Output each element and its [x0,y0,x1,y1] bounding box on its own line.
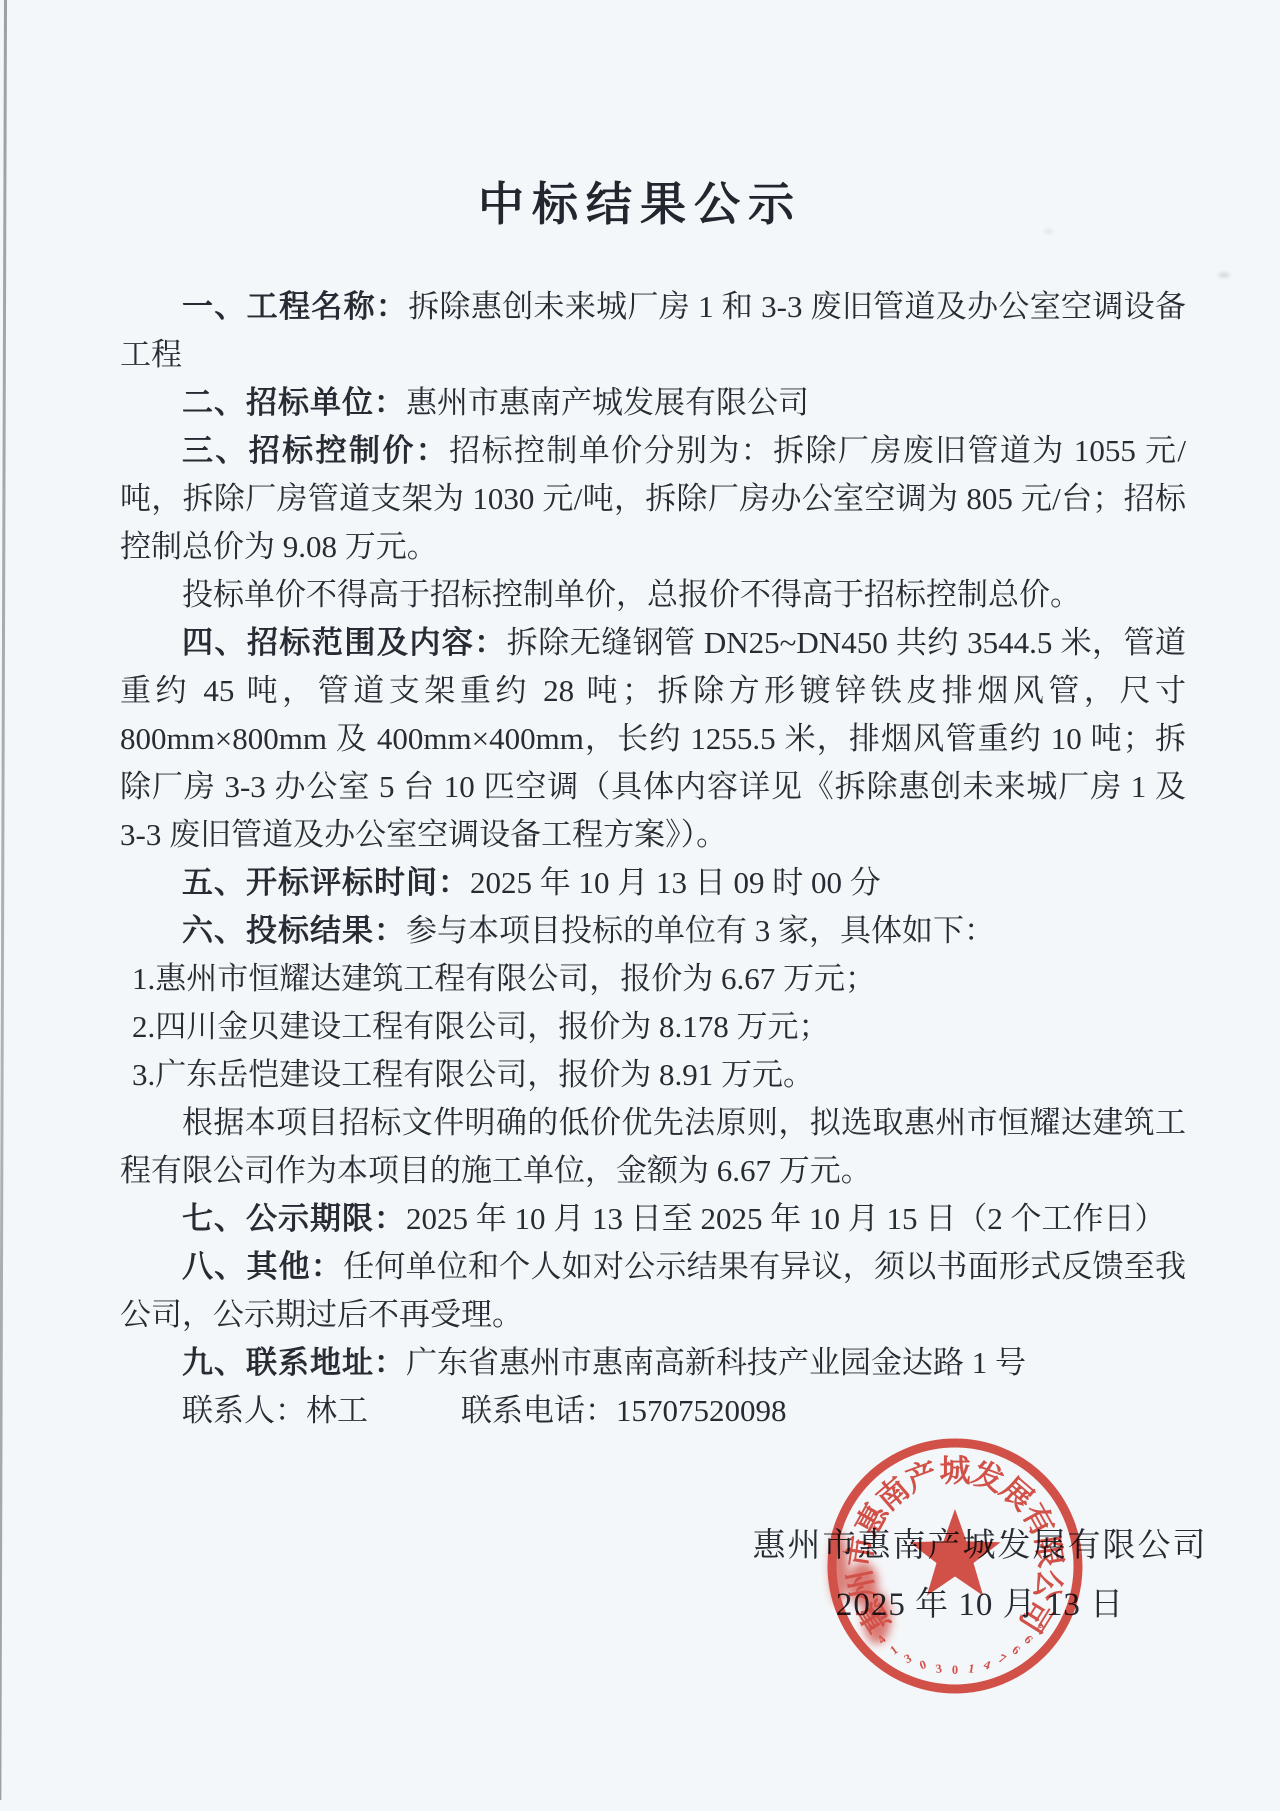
paragraph-label: 三、招标控制价： [182,433,449,468]
paragraph-text: 2025 年 10 月 13 日 09 时 00 分 [470,865,881,900]
seal-serial-digit: 3 [935,1661,943,1676]
paragraph: 3.广东岳恺建设工程有限公司，报价为 8.91 万元。 [120,1051,1186,1099]
paragraph: 四、招标范围及内容：拆除无缝钢管 DN25~DN450 共约 3544.5 米，… [120,619,1186,859]
seal-serial-digit: 7 [996,1651,1008,1666]
seal-serial-digit: 6 [1009,1643,1022,1658]
seal-serial-digit: 6 [1021,1632,1035,1646]
paragraph: 六、投标结果：参与本项目投标的单位有 3 家，具体如下： [120,907,1186,955]
paragraph: 二、招标单位：惠州市惠南产城发展有限公司 [120,379,1186,427]
paragraph-label: 二、招标单位： [182,385,406,420]
paragraph-text: 2025 年 10 月 13 日至 2025 年 10 月 15 日（2 个工作… [406,1201,1166,1236]
paragraph-label: 六、投标结果： [182,913,406,948]
scan-smudge [1218,272,1230,278]
paragraph-label: 七、公示期限： [182,1201,406,1236]
paragraph-text: 1.惠州市恒耀达建筑工程有限公司，报价为 6.67 万元； [132,961,876,996]
paragraph-label: 九、联系地址： [182,1345,406,1380]
paragraph-text: 联系人：林工 联系电话：15707520098 [182,1393,787,1428]
paragraph-label: 五、开标评标时间： [182,865,470,900]
seal-serial-digit: 0 [952,1663,958,1677]
company-seal-stamp: 惠州市惠南产城发展有限公司4413030147667 [805,1416,1105,1716]
document-title: 中标结果公示 [0,178,1280,232]
scan-smudge [1044,229,1053,234]
paragraph: 三、招标控制价：招标控制单价分别为：拆除厂房废旧管道为 1055 元/吨，拆除厂… [120,427,1186,571]
paragraph-label: 一、工程名称： [182,289,408,324]
paragraph: 2.四川金贝建设工程有限公司，报价为 8.178 万元； [120,1003,1186,1051]
paragraph: 1.惠州市恒耀达建筑工程有限公司，报价为 6.67 万元； [120,955,1186,1003]
paragraph-text: 2.四川金贝建设工程有限公司，报价为 8.178 万元； [132,1009,830,1044]
paragraph: 八、其他：任何单位和个人如对公示结果有异议，须以书面形式反馈至我公司，公示期过后… [120,1243,1186,1339]
paragraph-text: 3.广东岳恺建设工程有限公司，报价为 8.91 万元。 [132,1057,814,1092]
paragraph-label: 八、其他： [182,1249,343,1284]
paragraph-text: 惠州市惠南产城发展有限公司 [406,385,809,420]
seal-serial-digit: 1 [887,1643,900,1658]
paragraph-label: 四、招标范围及内容： [182,625,507,660]
paragraph: 九、联系地址：广东省惠州市惠南高新科技产业园金达路 1 号 [120,1339,1186,1387]
document-body: 一、工程名称：拆除惠创未来城厂房 1 和 3-3 废旧管道及办公室空调设备工程二… [120,283,1186,1435]
paragraph: 七、公示期限：2025 年 10 月 13 日至 2025 年 10 月 15 … [120,1195,1186,1243]
seal-company-char: 城 [940,1454,971,1489]
seal-company-char: 限 [1029,1534,1068,1570]
paragraph-text: 参与本项目投标的单位有 3 家，具体如下： [406,913,995,948]
paragraph: 投标单价不得高于招标控制单价，总报价不得高于招标控制总价。 [120,571,1186,619]
seal-serial-digit: 4 [982,1657,993,1672]
scan-edge-line [0,0,7,1800]
seal-star [909,1509,1000,1596]
paragraph: 五、开标评标时间：2025 年 10 月 13 日 09 时 00 分 [120,859,1186,907]
seal-serial-digit: 3 [902,1651,914,1666]
paragraph-text: 投标单价不得高于招标控制单价，总报价不得高于招标控制总价。 [182,577,1081,612]
paragraph-text: 根据本项目招标文件明确的低价优先法原则，拟选取惠州市恒耀达建筑工程有限公司作为本… [120,1105,1186,1188]
paragraph-text: 广东省惠州市惠南高新科技产业园金达路 1 号 [406,1345,1026,1380]
document-page: 中标结果公示 一、工程名称：拆除惠创未来城厂房 1 和 3-3 废旧管道及办公室… [0,0,1280,1811]
paragraph: 根据本项目招标文件明确的低价优先法原则，拟选取惠州市恒耀达建筑工程有限公司作为本… [120,1099,1186,1195]
paragraph: 一、工程名称：拆除惠创未来城厂房 1 和 3-3 废旧管道及办公室空调设备工程 [120,283,1186,379]
seal-serial-digit: 0 [918,1657,928,1672]
seal-serial-digit: 1 [967,1661,975,1676]
